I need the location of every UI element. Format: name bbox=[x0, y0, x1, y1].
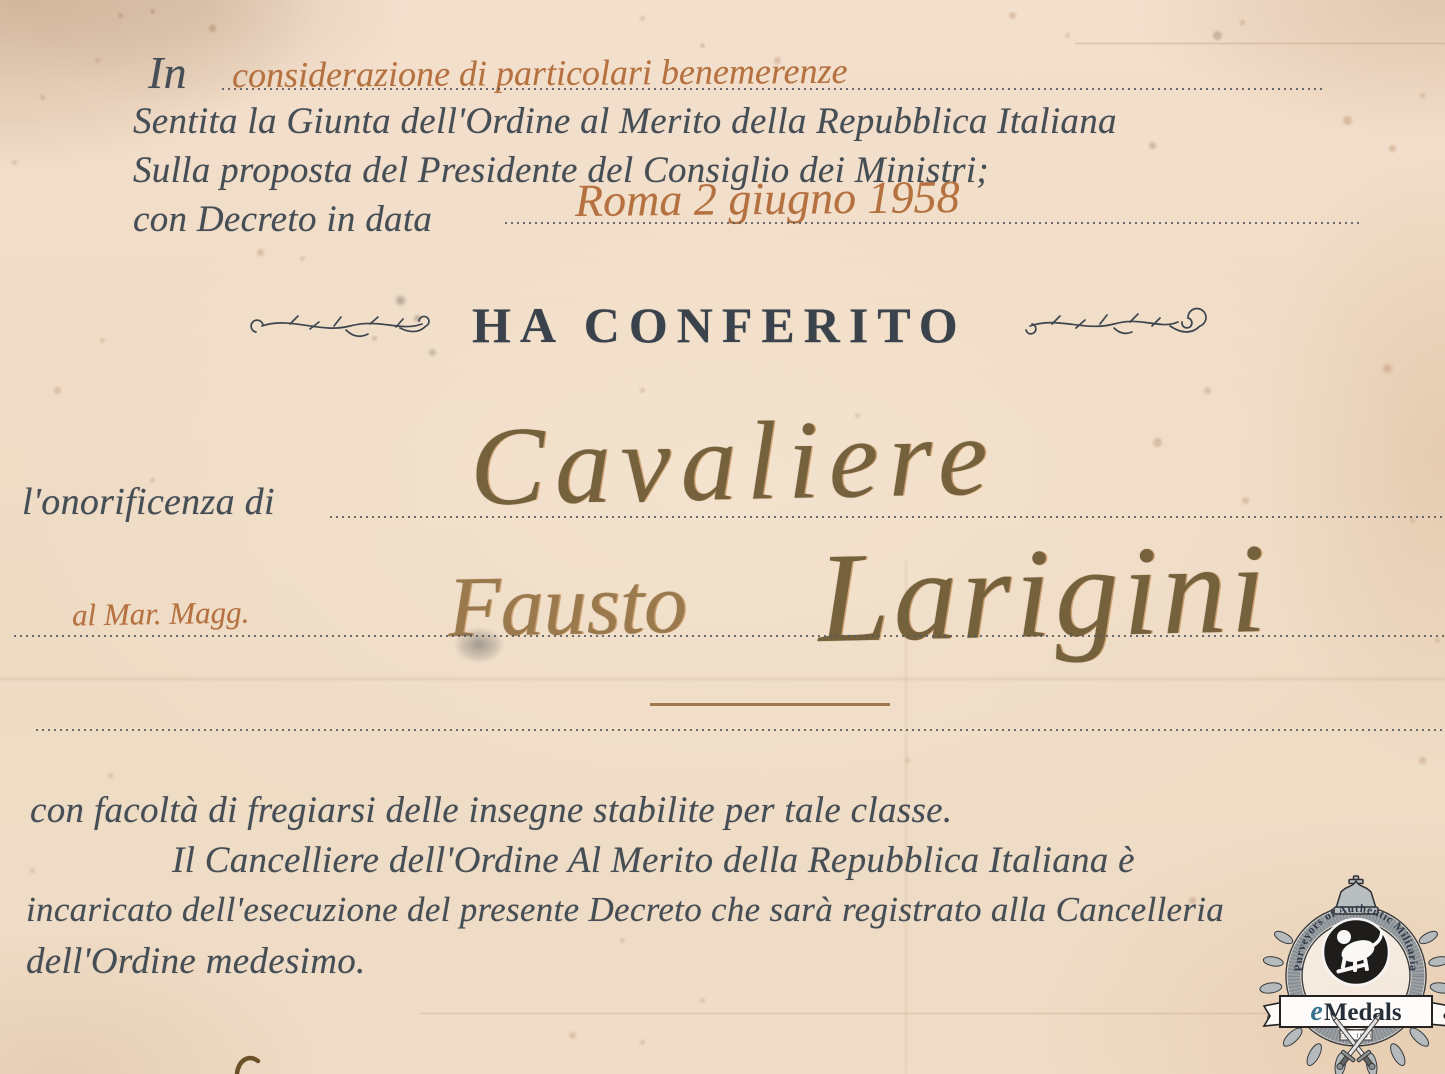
dotted-line-recipient bbox=[14, 635, 1445, 637]
date-handwriting: Roma 2 giugno 1958 bbox=[575, 170, 960, 227]
dotted-line-intro bbox=[222, 88, 1322, 90]
intro-word: In bbox=[148, 46, 187, 99]
closing-line-2: Il Cancelliere dell'Ordine Al Merito del… bbox=[172, 839, 1135, 882]
lion-icon bbox=[1323, 919, 1389, 985]
recipient-last-name: Larigini bbox=[816, 515, 1271, 672]
ink-dash bbox=[650, 703, 890, 706]
cutoff-letter-stroke bbox=[234, 1052, 264, 1074]
dotted-line-empty bbox=[36, 729, 1445, 731]
crease-line-top bbox=[1075, 43, 1445, 44]
recipient-rank-handwriting: al Mar. Magg. bbox=[72, 594, 250, 633]
line-giunta: Sentita la Giunta dell'Ordine al Merito … bbox=[133, 100, 1117, 143]
brand-letter-e: e bbox=[1310, 996, 1322, 1027]
closing-line-1: con facoltà di fregiarsi delle insegne s… bbox=[30, 789, 952, 832]
certificate-photo: In considerazione di particolari benemer… bbox=[0, 0, 1445, 1074]
foxing-spots bbox=[0, 0, 5, 5]
flourish-right-icon bbox=[1018, 300, 1208, 344]
closing-line-3: incaricato dell'esecuzione del presente … bbox=[26, 890, 1224, 930]
ribbon-banner: eMedals bbox=[1264, 996, 1445, 1027]
emedals-watermark: Purveyors of Authentic Militaria eMedals… bbox=[1252, 874, 1445, 1074]
conferito-heading: HA CONFERITO bbox=[472, 296, 967, 354]
dotted-line-date bbox=[505, 222, 1360, 224]
ink-smudge bbox=[455, 628, 503, 662]
svg-text:eMedals: eMedals bbox=[1310, 996, 1401, 1027]
flourish-left-icon bbox=[250, 306, 440, 346]
line-decreto: con Decreto in data bbox=[133, 198, 432, 241]
closing-line-4: dell'Ordine medesimo. bbox=[26, 940, 366, 983]
crease-line-middle bbox=[0, 678, 1445, 680]
honor-handwriting: Cavaliere bbox=[469, 392, 999, 532]
dotted-line-honor bbox=[330, 516, 1445, 518]
honor-label: l'onorificenza di bbox=[22, 480, 275, 524]
